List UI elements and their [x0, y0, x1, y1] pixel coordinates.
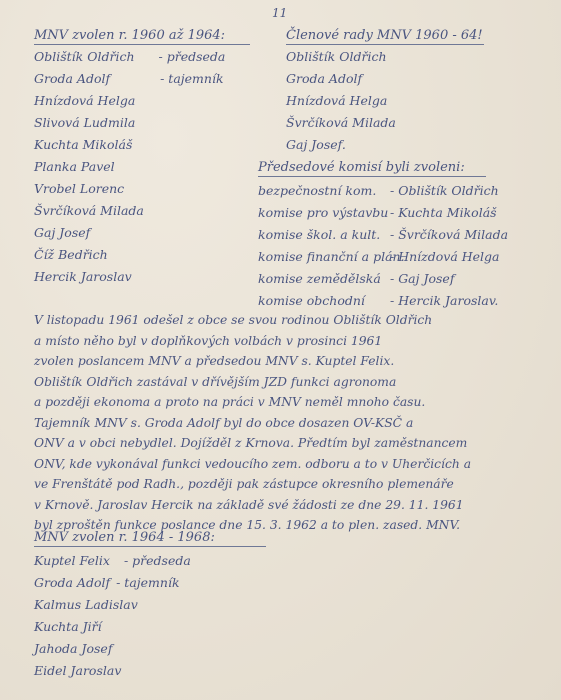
mnv-1960-list: Oblištík Oldřich- předseda Groda Adolf- …: [34, 46, 225, 288]
commissions-list: bezpečnostní kom.- Oblištík Oldřich komi…: [258, 180, 508, 312]
commission-row: komise pro výstavbu- Kuchta Mikoláš: [258, 202, 508, 224]
commission-row: komise finanční a plán.- Hnízdová Helga: [258, 246, 508, 268]
member-row: Oblištík Oldřich- předseda: [34, 46, 225, 68]
page-number: 11: [272, 6, 287, 20]
council-member: Švrčíková Milada: [286, 112, 396, 134]
member-row: Kalmus Ladislav: [34, 594, 191, 616]
narrative-paragraph: V listopadu 1961 odešel z obce se svou r…: [34, 310, 534, 536]
paragraph-line: ONV a v obci nebydlel. Dojížděl z Krnova…: [34, 433, 534, 454]
member-row: Gaj Josef: [34, 222, 225, 244]
council-member: Gaj Josef.: [286, 134, 396, 156]
council-member: Hnízdová Helga: [286, 90, 396, 112]
member-row: Švrčíková Milada: [34, 200, 225, 222]
mnv-1964-list: Kuptel Felix- předseda Groda Adolf- taje…: [34, 550, 191, 682]
commission-row: bezpečnostní kom.- Oblištík Oldřich: [258, 180, 508, 202]
member-row: Slivová Ludmila: [34, 112, 225, 134]
paragraph-line: V listopadu 1961 odešel z obce se svou r…: [34, 310, 534, 331]
paragraph-line: ONV, kde vykonával funkci vedoucího zem.…: [34, 454, 534, 475]
paragraph-line: v Krnově. Jaroslav Hercik na základě své…: [34, 495, 534, 516]
paragraph-line: zvolen poslancem MNV a předsedou MNV s. …: [34, 351, 534, 372]
paragraph-line: Tajemník MNV s. Groda Adolf byl do obce …: [34, 413, 534, 434]
paragraph-line: a místo něho byl v doplňkových volbách v…: [34, 331, 534, 352]
council-member: Oblištík Oldřich: [286, 46, 396, 68]
member-row: Kuchta Jiří: [34, 616, 191, 638]
member-row: Groda Adolf- tajemník: [34, 68, 225, 90]
member-row: Hnízdová Helga: [34, 90, 225, 112]
commission-row: komise obchodní- Hercik Jaroslav.: [258, 290, 508, 312]
member-row: Groda Adolf- tajemník: [34, 572, 191, 594]
council-list: Oblištík Oldřich Groda Adolf Hnízdová He…: [286, 46, 396, 156]
member-row: Kuchta Mikoláš: [34, 134, 225, 156]
paragraph-line: ve Frenštátě pod Radh., později pak zást…: [34, 474, 534, 495]
commissions-heading: Předsedové komisí byli zvoleni:: [258, 160, 486, 177]
council-member: Groda Adolf: [286, 68, 396, 90]
member-row: Kuptel Felix- předseda: [34, 550, 191, 572]
member-row: Vrobel Lorenc: [34, 178, 225, 200]
commission-row: komise škol. a kult.- Švrčíková Milada: [258, 224, 508, 246]
handwritten-page: 11 MNV zvolen r. 1960 až 1964: Oblištík …: [0, 0, 561, 700]
member-row: Hercik Jaroslav: [34, 266, 225, 288]
council-heading: Členové rady MNV 1960 - 64!: [286, 28, 484, 45]
member-row: Eidel Jaroslav: [34, 660, 191, 682]
member-row: Číž Bedřich: [34, 244, 225, 266]
commission-row: komise zemědělská- Gaj Josef: [258, 268, 508, 290]
paragraph-line: a později ekonoma a proto na práci v MNV…: [34, 392, 534, 413]
member-row: Planka Pavel: [34, 156, 225, 178]
member-row: Jahoda Josef: [34, 638, 191, 660]
paragraph-line: Oblištík Oldřich zastával v dřívějším JZ…: [34, 372, 534, 393]
mnv-1964-heading: MNV zvolen r. 1964 - 1968:: [34, 530, 266, 547]
mnv-1960-heading: MNV zvolen r. 1960 až 1964:: [34, 28, 250, 45]
